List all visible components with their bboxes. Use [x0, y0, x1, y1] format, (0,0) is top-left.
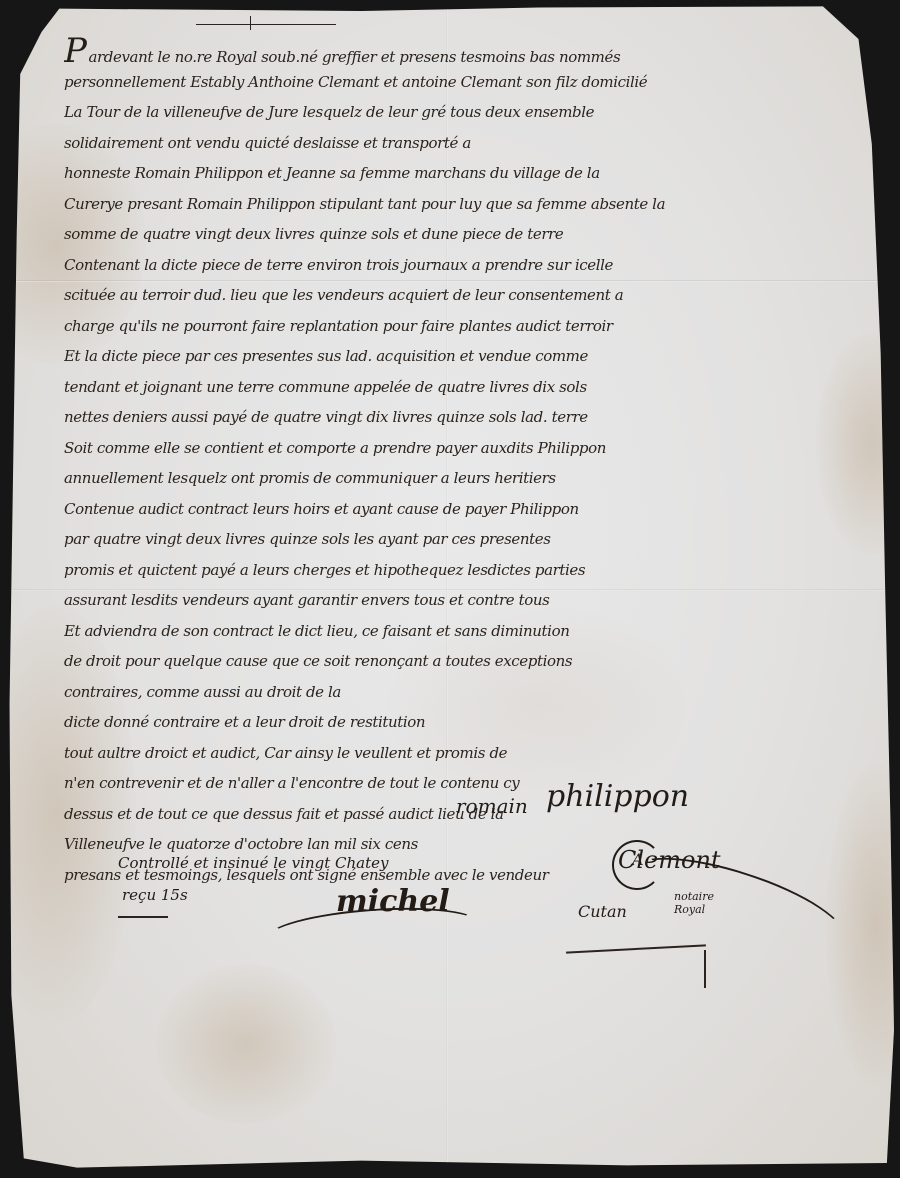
manuscript-line: contraires, comme aussi au droit de la	[64, 677, 864, 708]
manuscript-line: solidairement ont vendu quicté deslaisse…	[64, 128, 864, 159]
manuscript-line: nettes deniers aussi payé de quatre ving…	[64, 402, 864, 433]
signature-stroke	[704, 950, 706, 988]
manuscript-line: tout aultre droict et audict, Car ainsy …	[64, 738, 864, 769]
manuscript-line: tendant et joignant une terre commune ap…	[64, 372, 864, 403]
manuscript-line: personnellement Estably Anthoine Clemant…	[64, 67, 864, 98]
manuscript-line: Et la dicte piece par ces presentes sus …	[64, 341, 864, 372]
signature-flourish	[265, 902, 482, 961]
notary-title: notaire Royal	[674, 890, 714, 916]
signature-romain: romain	[456, 794, 528, 818]
manuscript-line: Soit comme elle se contient et comporte …	[64, 433, 864, 464]
manuscript-line: dicte donné contraire et a leur droit de…	[64, 707, 864, 738]
manuscript-line: Et adviendra de son contract le dict lie…	[64, 616, 864, 647]
signature-philippon: philippon	[546, 779, 689, 814]
drop-cap: P	[64, 36, 86, 67]
water-stain	[156, 964, 336, 1124]
manuscript-line: charge qu'ils ne pourront faire replanta…	[64, 311, 864, 342]
manuscript-line: par quatre vingt deux livres quinze sols…	[64, 524, 864, 555]
manuscript-line: de droit pour quelque cause que ce soit …	[64, 646, 864, 677]
manuscript-line: annuellement lesquelz ont promis de comm…	[64, 463, 864, 494]
manuscript-line: Contenant la dicte piece de terre enviro…	[64, 250, 864, 281]
paper-sheet: Pardevant le no.re Royal soub.né greffie…	[6, 4, 894, 1170]
manuscript-line: assurant lesdits vendeurs ayant garantir…	[64, 585, 864, 616]
manuscript-line: Pardevant le no.re Royal soub.né greffie…	[64, 36, 864, 67]
manuscript-line: promis et quictent payé a leurs cherges …	[64, 555, 864, 586]
registration-fee: reçu 15s	[122, 886, 188, 904]
registration-note: Controllé et insinué le vingt Chatey	[118, 854, 388, 872]
manuscript-line: honneste Romain Philippon et Jeanne sa f…	[64, 158, 864, 189]
signature-stroke	[566, 944, 706, 953]
scanned-document: Pardevant le no.re Royal soub.né greffie…	[0, 0, 900, 1178]
manuscript-line: Curerye presant Romain Philippon stipula…	[64, 189, 864, 220]
manuscript-line: Contenue audict contract leurs hoirs et …	[64, 494, 864, 525]
manuscript-body: Pardevant le no.re Royal soub.né greffie…	[64, 36, 864, 890]
signature-cutan: Cutan	[578, 902, 627, 921]
manuscript-line: scituée au terroir dud. lieu que les ven…	[64, 280, 864, 311]
manuscript-line: La Tour de la villeneufve de Jure lesque…	[64, 97, 864, 128]
manuscript-line: somme de quatre vingt deux livres quinze…	[64, 219, 864, 250]
top-cross-mark	[196, 24, 336, 25]
underline-stroke	[118, 916, 168, 918]
